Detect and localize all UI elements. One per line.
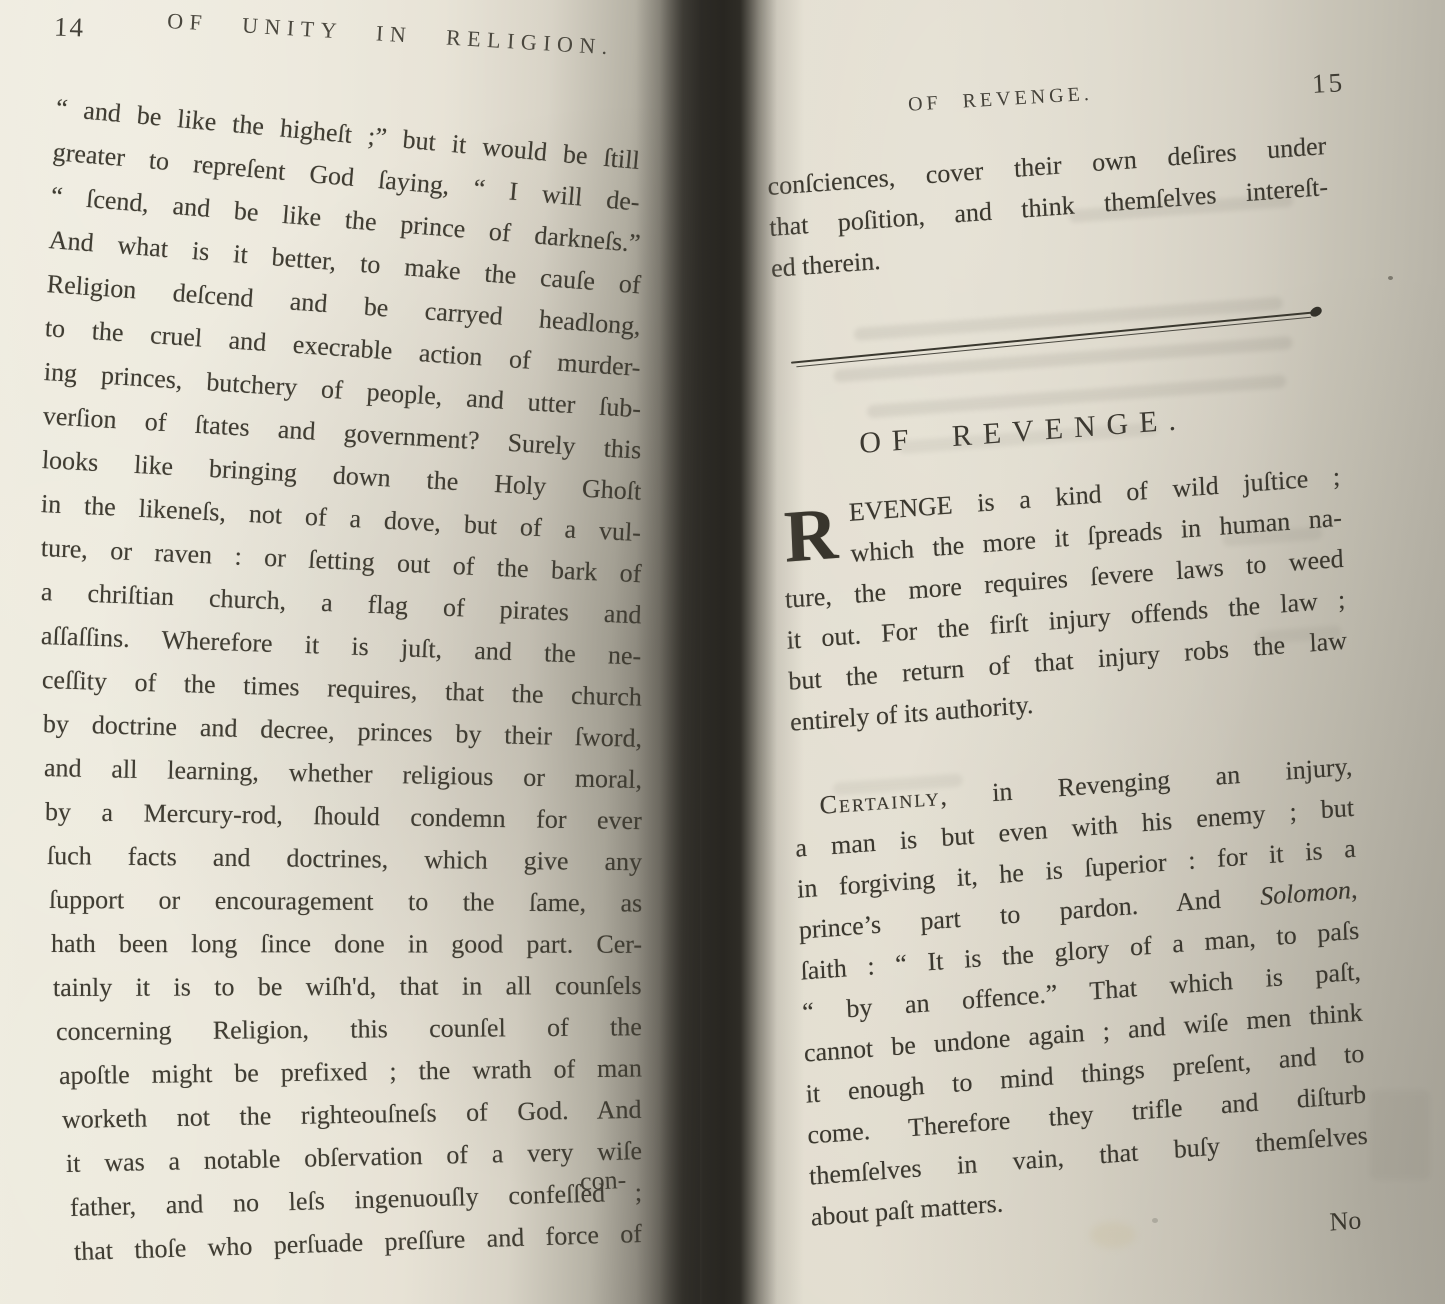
text-segment: , bbox=[1350, 875, 1358, 904]
text-line: ſupport or encouragement to the ſame, as bbox=[49, 878, 642, 926]
page-number-left: 14 bbox=[53, 11, 85, 43]
ink-speck bbox=[1152, 1218, 1158, 1223]
paragraph-revenge-2: Certainly, in Revenging an injury,a man … bbox=[793, 746, 1370, 1238]
left-page: 14 OF UNITY IN RELIGION. “ and be like t… bbox=[0, 0, 700, 1304]
divider-ink-blob bbox=[1309, 305, 1323, 318]
catchword-right: No bbox=[1329, 1205, 1362, 1236]
bleed-through-mark bbox=[1370, 1090, 1430, 1180]
foxing-spot bbox=[1090, 1222, 1136, 1248]
divider-rule-bottom bbox=[796, 317, 1312, 368]
intro-paragraph: conſciences, cover their own deſires und… bbox=[767, 125, 1331, 289]
section-divider bbox=[791, 311, 1317, 370]
running-header-left: OF UNITY IN RELIGION. bbox=[166, 8, 667, 64]
text-line: hath been long ſince done in good part. … bbox=[51, 922, 642, 967]
right-page-text-block: conſciences, cover their own deſires und… bbox=[766, 105, 1372, 1281]
right-page: 15 OF REVENGE. conſciences, cover their … bbox=[700, 0, 1445, 1304]
left-page-text-block: “ and be like the higheſt ;” but it woul… bbox=[42, 86, 642, 1274]
italic-name: Solomon bbox=[1260, 875, 1352, 911]
divider-rule-top bbox=[791, 311, 1317, 364]
text-line: ſuch facts and doctrines, which give any bbox=[47, 834, 643, 884]
text-line: tainly it is to be wiſh'd, that in all c… bbox=[53, 964, 642, 1010]
small-caps-word: Certainly bbox=[819, 782, 941, 820]
ink-speck bbox=[1388, 276, 1393, 280]
running-header-right: OF REVENGE. bbox=[870, 81, 1131, 119]
open-book-photo: 14 OF UNITY IN RELIGION. “ and be like t… bbox=[0, 0, 1445, 1304]
page-number-right: 15 bbox=[1311, 67, 1346, 100]
catchword-left: con- bbox=[579, 1165, 626, 1197]
section-title: OF REVENGE. bbox=[778, 392, 1338, 467]
drop-cap: R bbox=[781, 492, 852, 575]
paragraph-revenge-1: REVENGE is a kind of wild juſtice ;which… bbox=[781, 456, 1350, 743]
